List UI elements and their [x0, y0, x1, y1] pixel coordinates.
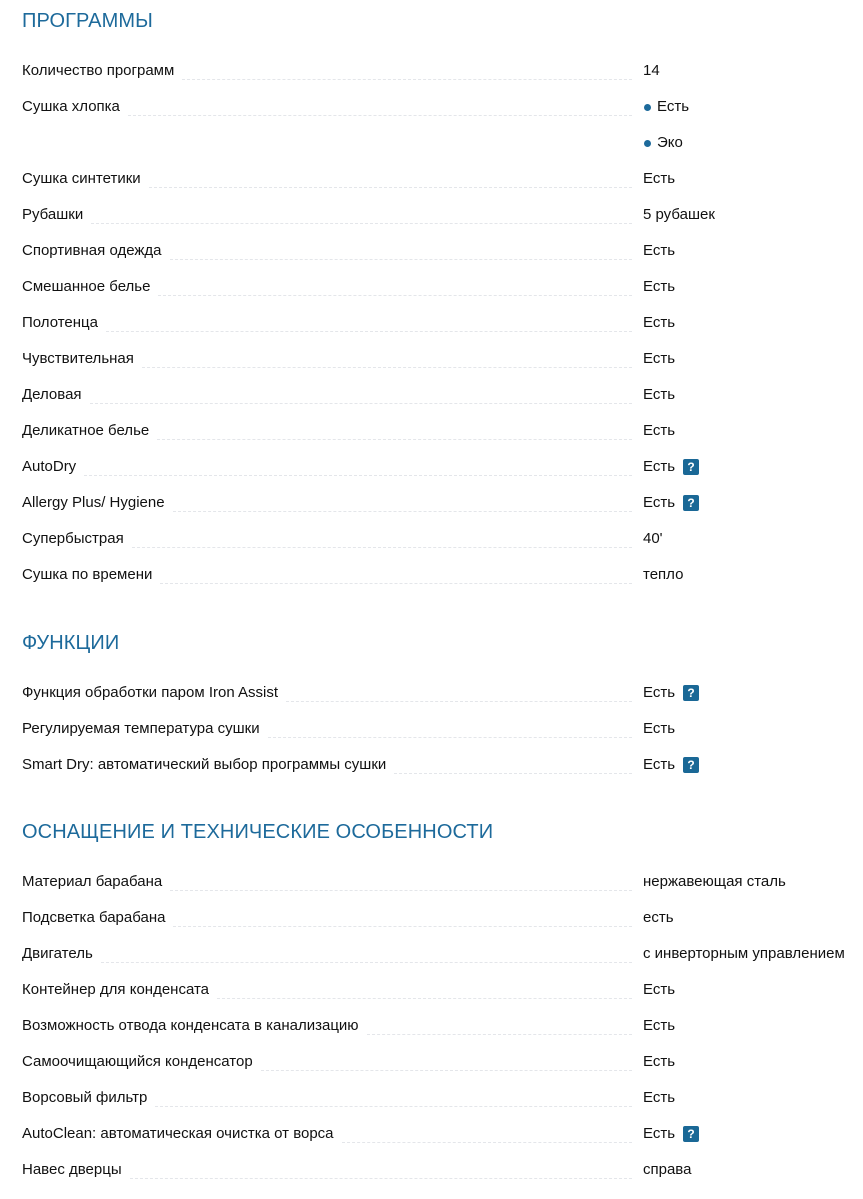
spec-value: Есть	[643, 278, 675, 296]
spec-value-cell: Есть	[632, 1017, 675, 1035]
spec-label: Регулируемая температура сушки	[22, 720, 260, 738]
section-title: ОСНАЩЕНИЕ И ТЕХНИЧЕСКИЕ ОСОБЕННОСТИ	[22, 819, 863, 845]
spec-label: Полотенца	[22, 314, 98, 332]
spec-label: Сушка по времени	[22, 566, 152, 584]
spec-value-cell: Есть	[632, 1089, 675, 1107]
spec-value: Есть	[643, 314, 675, 332]
help-question-icon[interactable]: ?	[683, 495, 699, 511]
spec-section: ПРОГРАММЫКоличество программ14Сушка хлоп…	[22, 8, 863, 602]
spec-row: Регулируемая температура сушкиЕсть	[22, 720, 863, 756]
spec-label: Количество программ	[22, 62, 174, 80]
spec-value: Есть	[643, 422, 675, 440]
bullet-icon	[644, 104, 651, 111]
spec-row: Функция обработки паром Iron AssistЕсть?	[22, 684, 863, 720]
spec-label-cell: AutoClean: автоматическая очистка от вор…	[22, 1125, 632, 1143]
spec-value-cell: Есть?	[632, 684, 699, 702]
spec-row: Супербыстрая40'	[22, 530, 863, 566]
spec-row: Ворсовый фильтрЕсть	[22, 1089, 863, 1125]
spec-row: Деликатное бельеЕсть	[22, 422, 863, 458]
spec-value-cell: Есть?	[632, 756, 699, 774]
spec-value: Есть	[643, 981, 675, 999]
dotted-leader	[182, 79, 632, 80]
spec-value-line: Эко	[643, 134, 689, 152]
spec-label-cell: Самоочищающийся конденсатор	[22, 1053, 632, 1071]
spec-value-cell: есть	[632, 909, 674, 927]
spec-label: Деликатное белье	[22, 422, 149, 440]
spec-label-cell: Двигатель	[22, 945, 632, 963]
spec-row: AutoClean: автоматическая очистка от вор…	[22, 1125, 863, 1161]
spec-value-line: тепло	[643, 566, 683, 584]
spec-value-cell: Есть	[632, 314, 675, 332]
spec-row: AutoDryЕсть?	[22, 458, 863, 494]
help-question-icon[interactable]: ?	[683, 1126, 699, 1142]
spec-label: Подсветка барабана	[22, 909, 165, 927]
spec-value: Есть	[643, 684, 675, 702]
spec-list: Материал барабананержавеющая стальПодсве…	[22, 873, 863, 1197]
spec-label: AutoClean: автоматическая очистка от вор…	[22, 1125, 334, 1143]
spec-label-cell: Smart Dry: автоматический выбор программ…	[22, 756, 632, 774]
dotted-leader	[132, 547, 632, 548]
help-question-icon[interactable]: ?	[683, 685, 699, 701]
spec-label-cell: Материал барабана	[22, 873, 632, 891]
dotted-leader	[268, 737, 632, 738]
spec-label: Сушка синтетики	[22, 170, 141, 188]
dotted-leader	[286, 701, 632, 702]
spec-label-cell: Ворсовый фильтр	[22, 1089, 632, 1107]
spec-label: Материал барабана	[22, 873, 162, 891]
spec-label-cell: Возможность отвода конденсата в канализа…	[22, 1017, 632, 1035]
spec-value: Есть	[643, 386, 675, 404]
spec-value-line: 5 рубашек	[643, 206, 715, 224]
help-question-icon[interactable]: ?	[683, 459, 699, 475]
spec-label: Супербыстрая	[22, 530, 124, 548]
spec-value-line: Есть?	[643, 1125, 699, 1143]
spec-value-line: Есть	[643, 314, 675, 332]
spec-row: Материал барабананержавеющая сталь	[22, 873, 863, 909]
dotted-leader	[142, 367, 632, 368]
spec-label: AutoDry	[22, 458, 76, 476]
spec-value-line: Есть	[643, 98, 689, 116]
spec-value: Эко	[657, 134, 683, 152]
spec-value-line: нержавеющая сталь	[643, 873, 786, 891]
spec-label: Рубашки	[22, 206, 83, 224]
dotted-leader	[157, 439, 632, 440]
dotted-leader	[128, 115, 632, 116]
spec-value: Есть	[643, 350, 675, 368]
spec-value: Есть	[643, 458, 675, 476]
spec-label: Двигатель	[22, 945, 93, 963]
dotted-leader	[106, 331, 632, 332]
dotted-leader	[217, 998, 632, 999]
spec-value-line: Есть	[643, 386, 675, 404]
spec-row: Allergy Plus/ HygieneЕсть?	[22, 494, 863, 530]
spec-row: Smart Dry: автоматический выбор программ…	[22, 756, 863, 792]
spec-value-line: Есть	[643, 242, 675, 260]
dotted-leader	[173, 926, 632, 927]
spec-value-cell: ЕстьЭко	[632, 98, 689, 152]
dotted-leader	[101, 962, 632, 963]
spec-value: Есть	[643, 1089, 675, 1107]
spec-value-cell: с инверторным управлением	[632, 945, 845, 963]
spec-row: Контейнер для конденсатаЕсть	[22, 981, 863, 1017]
spec-value: справа	[643, 1161, 691, 1179]
spec-value: нержавеющая сталь	[643, 873, 786, 891]
spec-value-cell: Есть?	[632, 494, 699, 512]
spec-row: Двигательс инверторным управлением	[22, 945, 863, 981]
spec-label-cell: Регулируемая температура сушки	[22, 720, 632, 738]
spec-value-line: Есть	[643, 720, 675, 738]
dotted-leader	[342, 1142, 632, 1143]
spec-value: Есть	[643, 756, 675, 774]
spec-value: Есть	[643, 1125, 675, 1143]
spec-value-line: справа	[643, 1161, 691, 1179]
help-question-icon[interactable]: ?	[683, 757, 699, 773]
spec-row: ЧувствительнаяЕсть	[22, 350, 863, 386]
spec-value-cell: Есть	[632, 1053, 675, 1071]
spec-value-cell: справа	[632, 1161, 691, 1179]
spec-value-cell: Есть	[632, 720, 675, 738]
spec-value-line: Есть	[643, 170, 675, 188]
spec-value: есть	[643, 909, 674, 927]
spec-label-cell: Сушка по времени	[22, 566, 632, 584]
dotted-leader	[90, 403, 632, 404]
spec-value-line: Есть	[643, 278, 675, 296]
spec-label-cell: Подсветка барабана	[22, 909, 632, 927]
spec-row: Самоочищающийся конденсаторЕсть	[22, 1053, 863, 1089]
spec-label-cell: Количество программ	[22, 62, 632, 80]
spec-value-cell: 5 рубашек	[632, 206, 715, 224]
spec-row: Рубашки5 рубашек	[22, 206, 863, 242]
spec-label: Самоочищающийся конденсатор	[22, 1053, 253, 1071]
dotted-leader	[158, 295, 632, 296]
spec-value-cell: 40'	[632, 530, 663, 548]
spec-label-cell: Чувствительная	[22, 350, 632, 368]
section-title: ПРОГРАММЫ	[22, 8, 863, 34]
spec-row: Сушка синтетикиЕсть	[22, 170, 863, 206]
spec-row: Навес дверцысправа	[22, 1161, 863, 1197]
spec-label-cell: Спортивная одежда	[22, 242, 632, 260]
spec-value-line: Есть?	[643, 684, 699, 702]
spec-row: Смешанное бельеЕсть	[22, 278, 863, 314]
spec-value-line: Есть?	[643, 458, 699, 476]
spec-label: Allergy Plus/ Hygiene	[22, 494, 165, 512]
spec-value-line: Есть	[643, 1053, 675, 1071]
spec-label: Смешанное белье	[22, 278, 150, 296]
spec-value-cell: Есть	[632, 170, 675, 188]
spec-section: ОСНАЩЕНИЕ И ТЕХНИЧЕСКИЕ ОСОБЕННОСТИМатер…	[22, 819, 863, 1197]
spec-row: Сушка хлопкаЕстьЭко	[22, 98, 863, 170]
spec-label-cell: Полотенца	[22, 314, 632, 332]
spec-value: с инверторным управлением	[643, 945, 845, 963]
spec-value-line: Есть	[643, 1089, 675, 1107]
dotted-leader	[155, 1106, 632, 1107]
spec-label-cell: Деликатное белье	[22, 422, 632, 440]
spec-value-line: с инверторным управлением	[643, 945, 845, 963]
spec-label: Сушка хлопка	[22, 98, 120, 116]
spec-value-cell: Есть	[632, 981, 675, 999]
spec-label-cell: Функция обработки паром Iron Assist	[22, 684, 632, 702]
spec-label: Возможность отвода конденсата в канализа…	[22, 1017, 359, 1035]
spec-label-cell: Смешанное белье	[22, 278, 632, 296]
spec-label-cell: Супербыстрая	[22, 530, 632, 548]
section-title: ФУНКЦИИ	[22, 630, 863, 656]
spec-value-cell: Есть	[632, 422, 675, 440]
dotted-leader	[173, 511, 632, 512]
spec-row: Возможность отвода конденсата в канализа…	[22, 1017, 863, 1053]
spec-label: Ворсовый фильтр	[22, 1089, 147, 1107]
spec-value: 14	[643, 62, 660, 80]
spec-value: Есть	[643, 1053, 675, 1071]
spec-label-cell: Контейнер для конденсата	[22, 981, 632, 999]
dotted-leader	[91, 223, 632, 224]
spec-value: Есть	[643, 242, 675, 260]
dotted-leader	[130, 1178, 632, 1179]
spec-row: Количество программ14	[22, 62, 863, 98]
spec-value-cell: Есть	[632, 350, 675, 368]
spec-value-line: Есть	[643, 422, 675, 440]
dotted-leader	[261, 1070, 632, 1071]
spec-value: 40'	[643, 530, 663, 548]
dotted-leader	[170, 890, 632, 891]
spec-value-line: 14	[643, 62, 660, 80]
spec-label: Навес дверцы	[22, 1161, 122, 1179]
spec-label: Спортивная одежда	[22, 242, 162, 260]
spec-label-cell: AutoDry	[22, 458, 632, 476]
spec-label-cell: Сушка хлопка	[22, 98, 632, 116]
dotted-leader	[160, 583, 632, 584]
spec-value-cell: Есть	[632, 242, 675, 260]
dotted-leader	[170, 259, 632, 260]
spec-row: ДеловаяЕсть	[22, 386, 863, 422]
spec-value-line: Есть?	[643, 494, 699, 512]
spec-label: Деловая	[22, 386, 82, 404]
spec-value: Есть	[643, 494, 675, 512]
spec-row: ПолотенцаЕсть	[22, 314, 863, 350]
spec-value-cell: Есть	[632, 386, 675, 404]
spec-label: Контейнер для конденсата	[22, 981, 209, 999]
spec-value-line: есть	[643, 909, 674, 927]
spec-list: Количество программ14Сушка хлопкаЕстьЭко…	[22, 62, 863, 602]
spec-value-line: Есть	[643, 350, 675, 368]
spec-value-cell: Есть	[632, 278, 675, 296]
spec-value: 5 рубашек	[643, 206, 715, 224]
dotted-leader	[394, 773, 632, 774]
spec-label: Функция обработки паром Iron Assist	[22, 684, 278, 702]
bullet-icon	[644, 140, 651, 147]
spec-row: Сушка по временитепло	[22, 566, 863, 602]
spec-value: Есть	[643, 1017, 675, 1035]
spec-section: ФУНКЦИИФункция обработки паром Iron Assi…	[22, 630, 863, 792]
spec-row: Подсветка барабанаесть	[22, 909, 863, 945]
spec-value: Есть	[643, 170, 675, 188]
spec-value-line: Есть	[643, 981, 675, 999]
spec-value-cell: Есть?	[632, 458, 699, 476]
spec-value-line: Есть	[643, 1017, 675, 1035]
spec-value-cell: нержавеющая сталь	[632, 873, 786, 891]
spec-value-line: 40'	[643, 530, 663, 548]
spec-value: тепло	[643, 566, 683, 584]
spec-label-cell: Allergy Plus/ Hygiene	[22, 494, 632, 512]
spec-list: Функция обработки паром Iron AssistЕсть?…	[22, 684, 863, 792]
spec-value-cell: тепло	[632, 566, 683, 584]
spec-value-cell: 14	[632, 62, 660, 80]
spec-label-cell: Сушка синтетики	[22, 170, 632, 188]
spec-value: Есть	[643, 720, 675, 738]
dotted-leader	[367, 1034, 632, 1035]
spec-row: Спортивная одеждаЕсть	[22, 242, 863, 278]
spec-value: Есть	[657, 98, 689, 116]
spec-label-cell: Рубашки	[22, 206, 632, 224]
spec-value-line: Есть?	[643, 756, 699, 774]
spec-label-cell: Навес дверцы	[22, 1161, 632, 1179]
spec-label: Smart Dry: автоматический выбор программ…	[22, 756, 386, 774]
spec-value-cell: Есть?	[632, 1125, 699, 1143]
dotted-leader	[149, 187, 632, 188]
dotted-leader	[84, 475, 632, 476]
spec-label-cell: Деловая	[22, 386, 632, 404]
spec-label: Чувствительная	[22, 350, 134, 368]
